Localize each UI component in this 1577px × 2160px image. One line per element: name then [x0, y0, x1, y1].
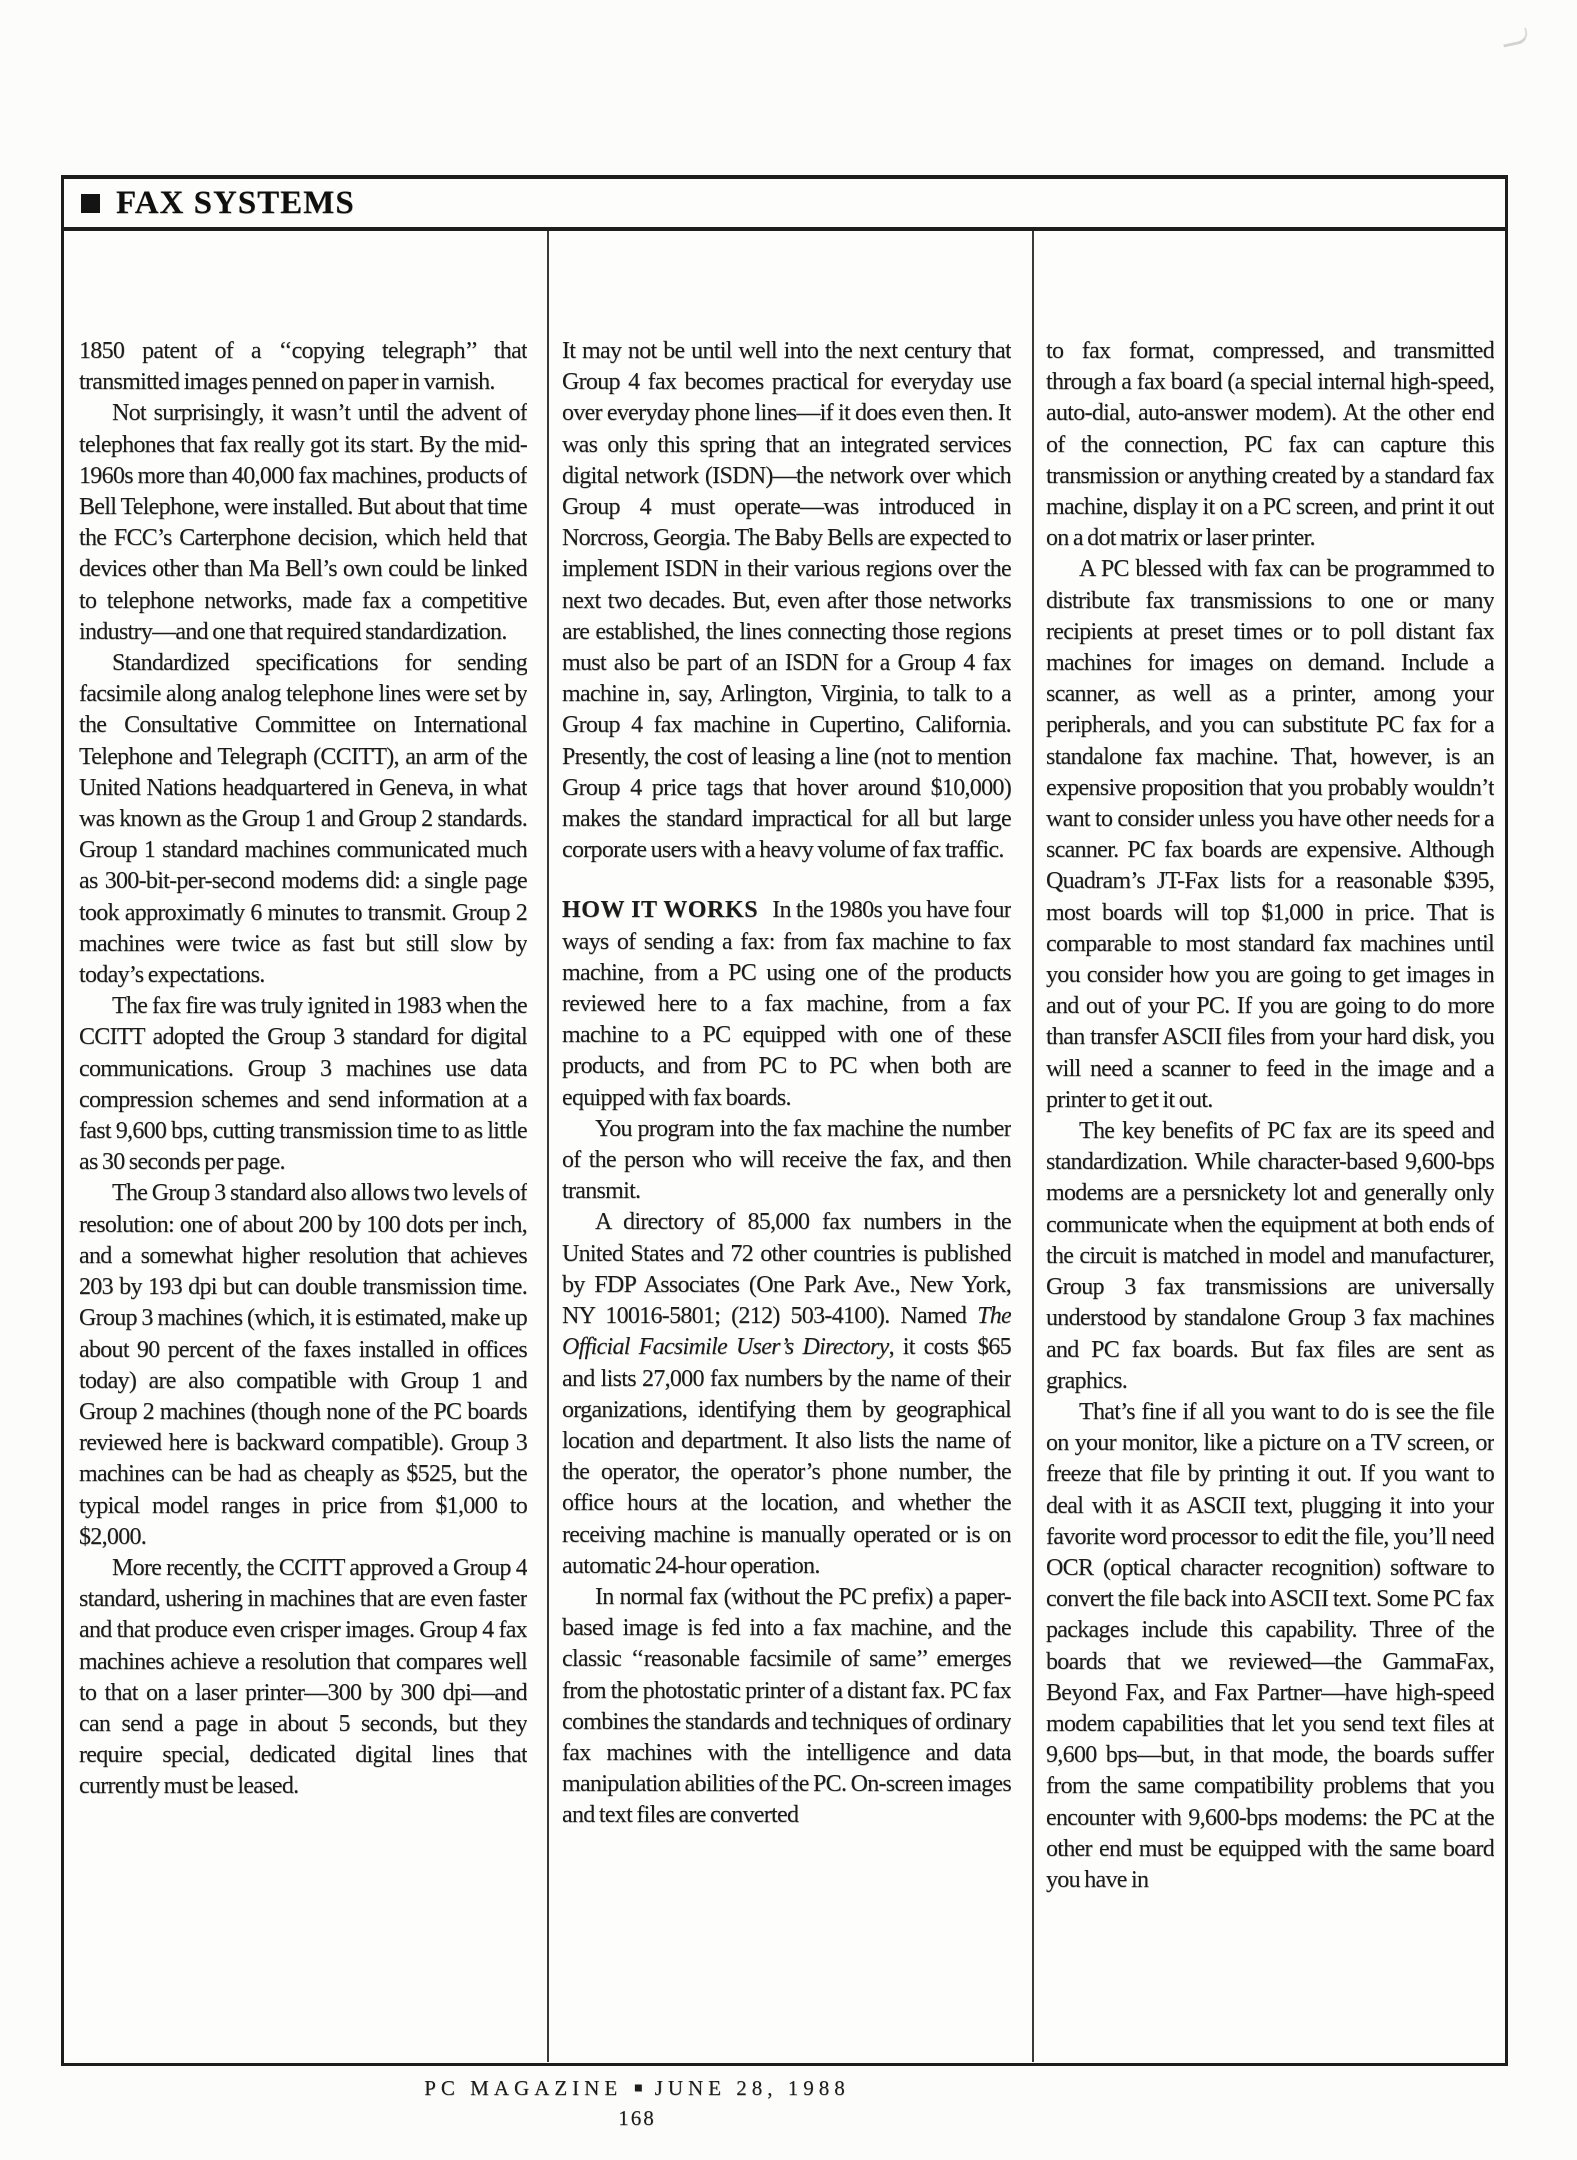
paragraph: The fax fire was truly ignited in 1983 w…	[79, 991, 527, 1178]
column-2: It may not be until well into the next c…	[562, 336, 1011, 2062]
run-in-heading: HOW IT WORKS	[562, 897, 758, 923]
article-body: 1850 patent of a ‘‘copying telegraph’’ t…	[64, 231, 1505, 2062]
paragraph: In normal fax (without the PC prefix) a …	[562, 1582, 1011, 1832]
paragraph: The Group 3 standard also allows two lev…	[79, 1178, 527, 1552]
how-it-works-paragraph: HOW IT WORKSIn the 1980s you have four w…	[562, 895, 1011, 1113]
paragraph: A directory of 85,000 fax numbers in the…	[562, 1207, 1011, 1581]
paragraph: That’s fine if all you want to do is see…	[1046, 1397, 1494, 1896]
magazine-footer: PC MAGAZINE■JUNE 28, 1988	[0, 2076, 1274, 2101]
issue-date: JUNE 28, 1988	[655, 2076, 850, 2100]
column-divider-2	[1032, 231, 1034, 2062]
footer-square-icon: ■	[634, 2081, 642, 2097]
paragraph-text: , it costs $65 and lists 27,000 fax numb…	[562, 1334, 1011, 1578]
paragraph-text: In the 1980s you have four ways of sendi…	[562, 897, 1011, 1110]
paragraph: 1850 patent of a ‘‘copying telegraph’’ t…	[79, 336, 527, 398]
paragraph: The key benefits of PC fax are its speed…	[1046, 1116, 1494, 1397]
paragraph: to fax format, compressed, and transmitt…	[1046, 336, 1494, 554]
paragraph: It may not be until well into the next c…	[562, 336, 1011, 866]
section-header: FAX SYSTEMS	[64, 179, 1505, 231]
magazine-page-scan: FAX SYSTEMS 1850 patent of a ‘‘copying t…	[0, 0, 1577, 2160]
magazine-name: PC MAGAZINE	[424, 2076, 622, 2100]
column-3: to fax format, compressed, and transmitt…	[1046, 336, 1494, 2062]
section-title: FAX SYSTEMS	[116, 185, 355, 222]
paragraph: More recently, the CCITT approved a Grou…	[79, 1553, 527, 1803]
column-divider-1	[547, 231, 549, 2062]
paragraph: A PC blessed with fax can be programmed …	[1046, 554, 1494, 1116]
paragraph-text: A directory of 85,000 fax numbers in the…	[562, 1209, 1011, 1329]
scan-artifact-icon	[1501, 27, 1530, 47]
column-1: 1850 patent of a ‘‘copying telegraph’’ t…	[79, 336, 527, 2062]
paragraph: Not surprisingly, it wasn’t until the ad…	[79, 398, 527, 648]
section-square-bullet-icon	[81, 194, 100, 213]
article-frame: FAX SYSTEMS 1850 patent of a ‘‘copying t…	[61, 175, 1508, 2066]
paragraph: You program into the fax machine the num…	[562, 1114, 1011, 1208]
page-number: 168	[0, 2106, 1274, 2131]
paragraph: Standardized specifications for sending …	[79, 648, 527, 991]
